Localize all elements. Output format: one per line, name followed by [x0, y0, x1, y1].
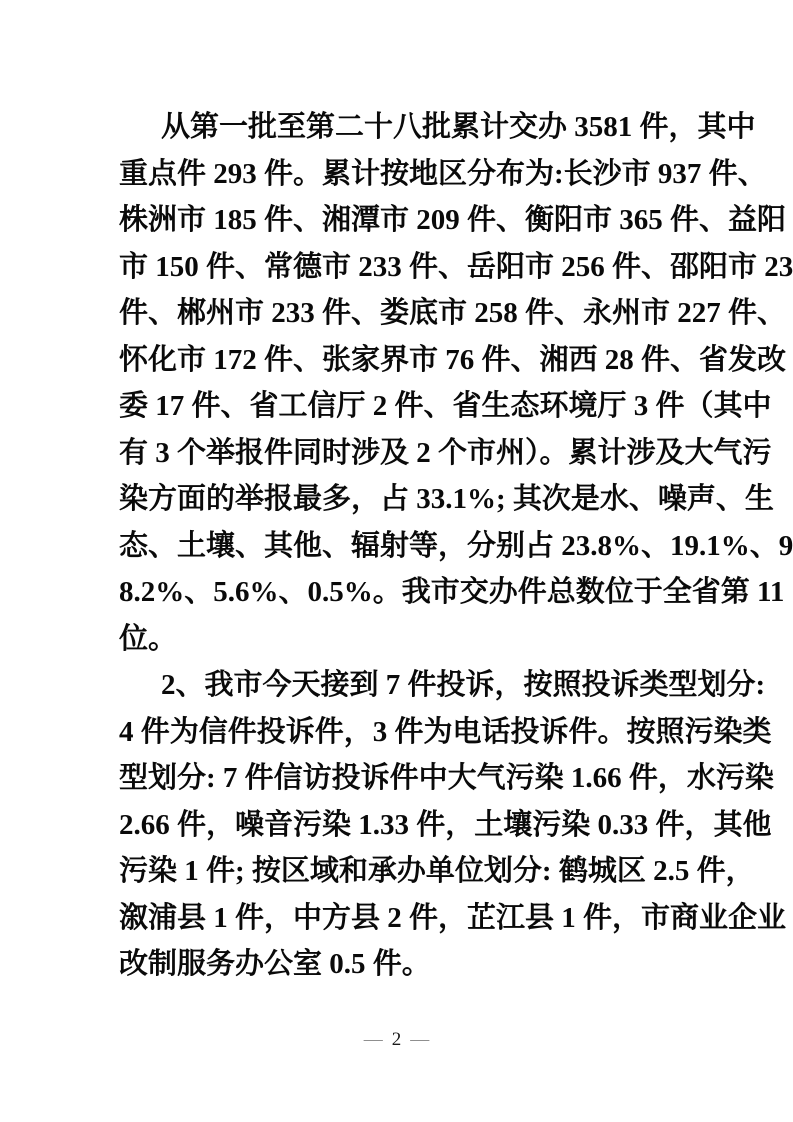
- text-line: 态、土壤、其他、辐射等，分别占 23.8%、19.1%、9.7%、: [119, 523, 668, 570]
- text-line: 染方面的举报最多，占 33.1%; 其次是水、噪声、生: [119, 476, 668, 523]
- text-line: 型划分: 7 件信访投诉件中大气污染 1.66 件，水污染: [119, 755, 668, 802]
- text-line: 4 件为信件投诉件，3 件为电话投诉件。按照污染类: [119, 709, 668, 756]
- text-line: 重点件 293 件。累计按地区分布为:长沙市 937 件、: [119, 151, 668, 198]
- text-line: 有 3 个举报件同时涉及 2 个市州）。累计涉及大气污: [119, 430, 668, 477]
- text-line: 从第一批至第二十八批累计交办 3581 件，其中: [119, 104, 668, 151]
- text-line: 污染 1 件; 按区域和承办单位划分: 鹤城区 2.5 件，: [119, 848, 668, 895]
- text-line: 件、郴州市 233 件、娄底市 258 件、永州市 227 件、: [119, 290, 668, 337]
- text-line: 2、我市今天接到 7 件投诉，按照投诉类型划分:: [119, 662, 668, 709]
- text-line: 怀化市 172 件、张家界市 76 件、湘西 28 件、省发改: [119, 337, 668, 384]
- page-number: 2: [392, 1029, 402, 1050]
- document-page: 从第一批至第二十八批累计交办 3581 件，其中重点件 293 件。累计按地区分…: [0, 0, 793, 1122]
- text-line: 8.2%、5.6%、0.5%。我市交办件总数位于全省第 11: [119, 569, 668, 616]
- text-line: 2.66 件，噪音污染 1.33 件，土壤污染 0.33 件，其他: [119, 802, 668, 849]
- text-line: 株洲市 185 件、湘潭市 209 件、衡阳市 365 件、益阳: [119, 197, 668, 244]
- document-body: 从第一批至第二十八批累计交办 3581 件，其中重点件 293 件。累计按地区分…: [119, 104, 668, 988]
- text-line: 位。: [119, 616, 668, 663]
- page-footer: —2—: [0, 1028, 793, 1052]
- footer-dash-right: —: [410, 1029, 429, 1050]
- text-line: 改制服务办公室 0.5 件。: [119, 941, 668, 988]
- text-line: 委 17 件、省工信厅 2 件、省生态环境厅 3 件（其中: [119, 383, 668, 430]
- text-line: 溆浦县 1 件，中方县 2 件，芷江县 1 件，市商业企业: [119, 895, 668, 942]
- footer-dash-left: —: [364, 1029, 383, 1050]
- text-line: 市 150 件、常德市 233 件、岳阳市 256 件、邵阳市 230: [119, 244, 668, 291]
